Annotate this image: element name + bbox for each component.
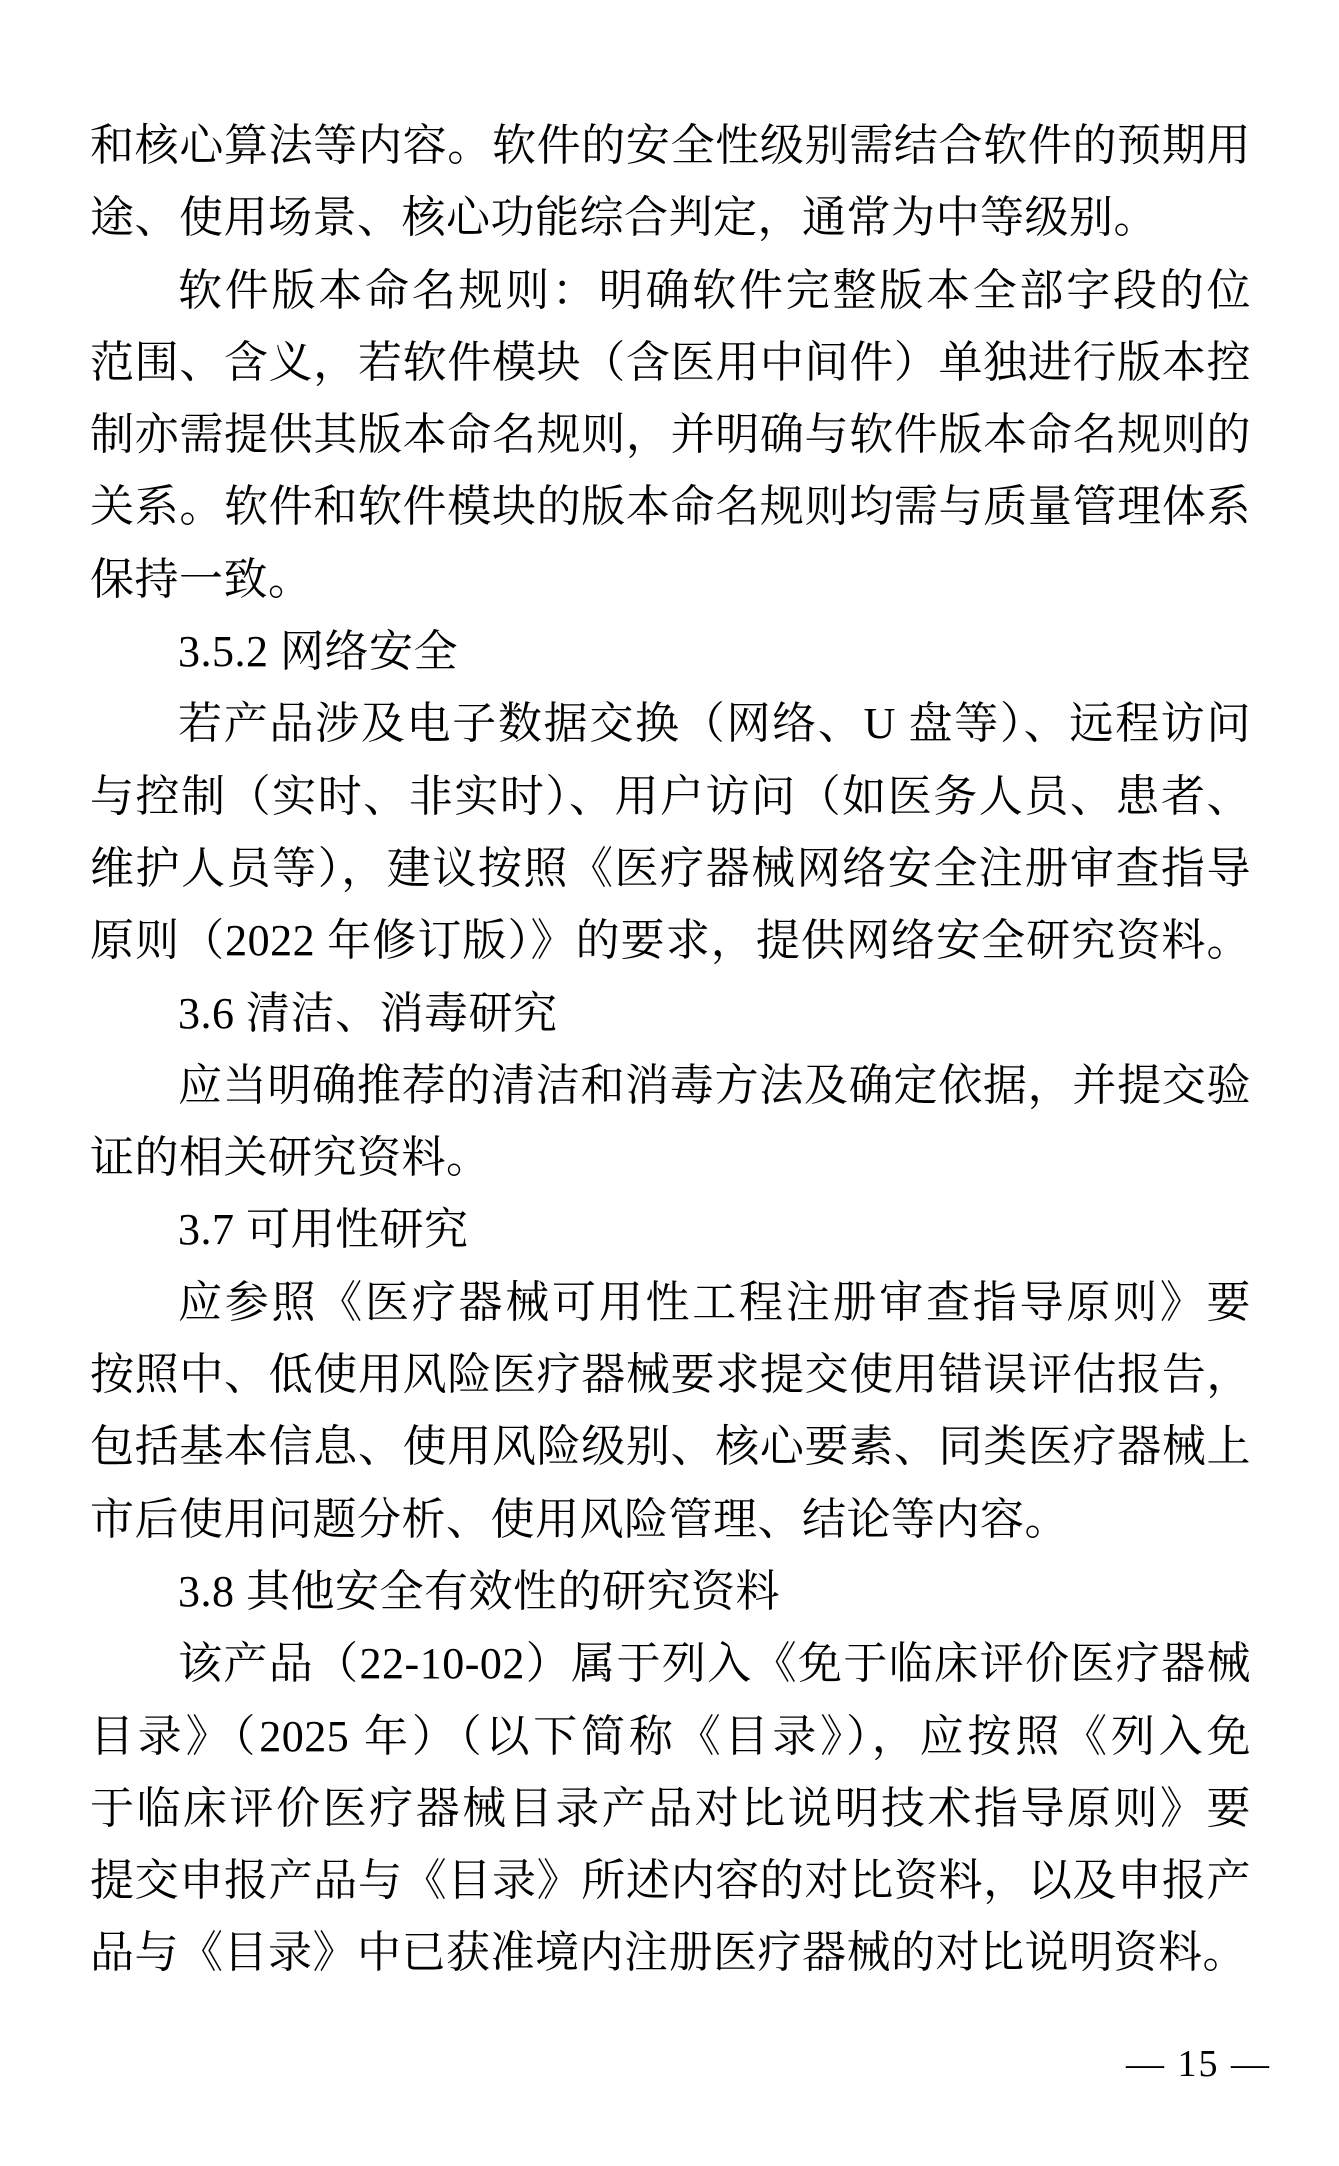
section-heading: 3.8 其他安全有效性的研究资料	[90, 1556, 1251, 1628]
text-line: 提交申报产品与《目录》所述内容的对比资料，以及申报产	[90, 1845, 1251, 1917]
text-line: 证的相关研究资料。	[90, 1122, 1251, 1194]
text-line: 关系。软件和软件模块的版本命名规则均需与质量管理体系	[90, 471, 1251, 543]
text-line: 目录》（2025 年）（以下简称《目录》），应按照《列入免	[90, 1701, 1251, 1773]
section-heading: 3.6 清洁、消毒研究	[90, 978, 1251, 1050]
text-line: 软件版本命名规则：明确软件完整版本全部字段的位数、	[90, 255, 1251, 327]
document-page: 和核心算法等内容。软件的安全性级别需结合软件的预期用途、使用场景、核心功能综合判…	[0, 0, 1339, 2166]
text-line: 途、使用场景、核心功能综合判定，通常为中等级别。	[90, 182, 1251, 254]
section-heading: 3.7 可用性研究	[90, 1194, 1251, 1266]
text-line: 范围、含义，若软件模块（含医用中间件）单独进行版本控	[90, 327, 1251, 399]
text-line: 与控制（实时、非实时）、用户访问（如医务人员、患者、	[90, 761, 1251, 833]
text-line: 原则（2022 年修订版）》的要求，提供网络安全研究资料。	[90, 905, 1251, 977]
text-line: 市后使用问题分析、使用风险管理、结论等内容。	[90, 1484, 1251, 1556]
text-line: 应参照《医疗器械可用性工程注册审查指导原则》要求，	[90, 1267, 1251, 1339]
text-line: 制亦需提供其版本命名规则，并明确与软件版本命名规则的	[90, 399, 1251, 471]
text-line: 按照中、低使用风险医疗器械要求提交使用错误评估报告，	[90, 1339, 1251, 1411]
page-number: — 15 —	[1126, 2042, 1271, 2086]
text-line: 于临床评价医疗器械目录产品对比说明技术指导原则》要求，	[90, 1773, 1251, 1845]
text-line: 该产品（22-10-02）属于列入《免于临床评价医疗器械	[90, 1628, 1251, 1700]
text-line: 品与《目录》中已获准境内注册医疗器械的对比说明资料。	[90, 1917, 1251, 1989]
text-line: 保持一致。	[90, 544, 1251, 616]
text-line: 维护人员等），建议按照《医疗器械网络安全注册审查指导	[90, 833, 1251, 905]
text-line: 包括基本信息、使用风险级别、核心要素、同类医疗器械上	[90, 1411, 1251, 1483]
text-line: 若产品涉及电子数据交换（网络、U 盘等）、远程访问	[90, 688, 1251, 760]
text-line: 和核心算法等内容。软件的安全性级别需结合软件的预期用	[90, 110, 1251, 182]
text-line: 应当明确推荐的清洁和消毒方法及确定依据，并提交验	[90, 1050, 1251, 1122]
section-heading: 3.5.2 网络安全	[90, 616, 1251, 688]
text-block: 和核心算法等内容。软件的安全性级别需结合软件的预期用途、使用场景、核心功能综合判…	[90, 110, 1251, 1990]
